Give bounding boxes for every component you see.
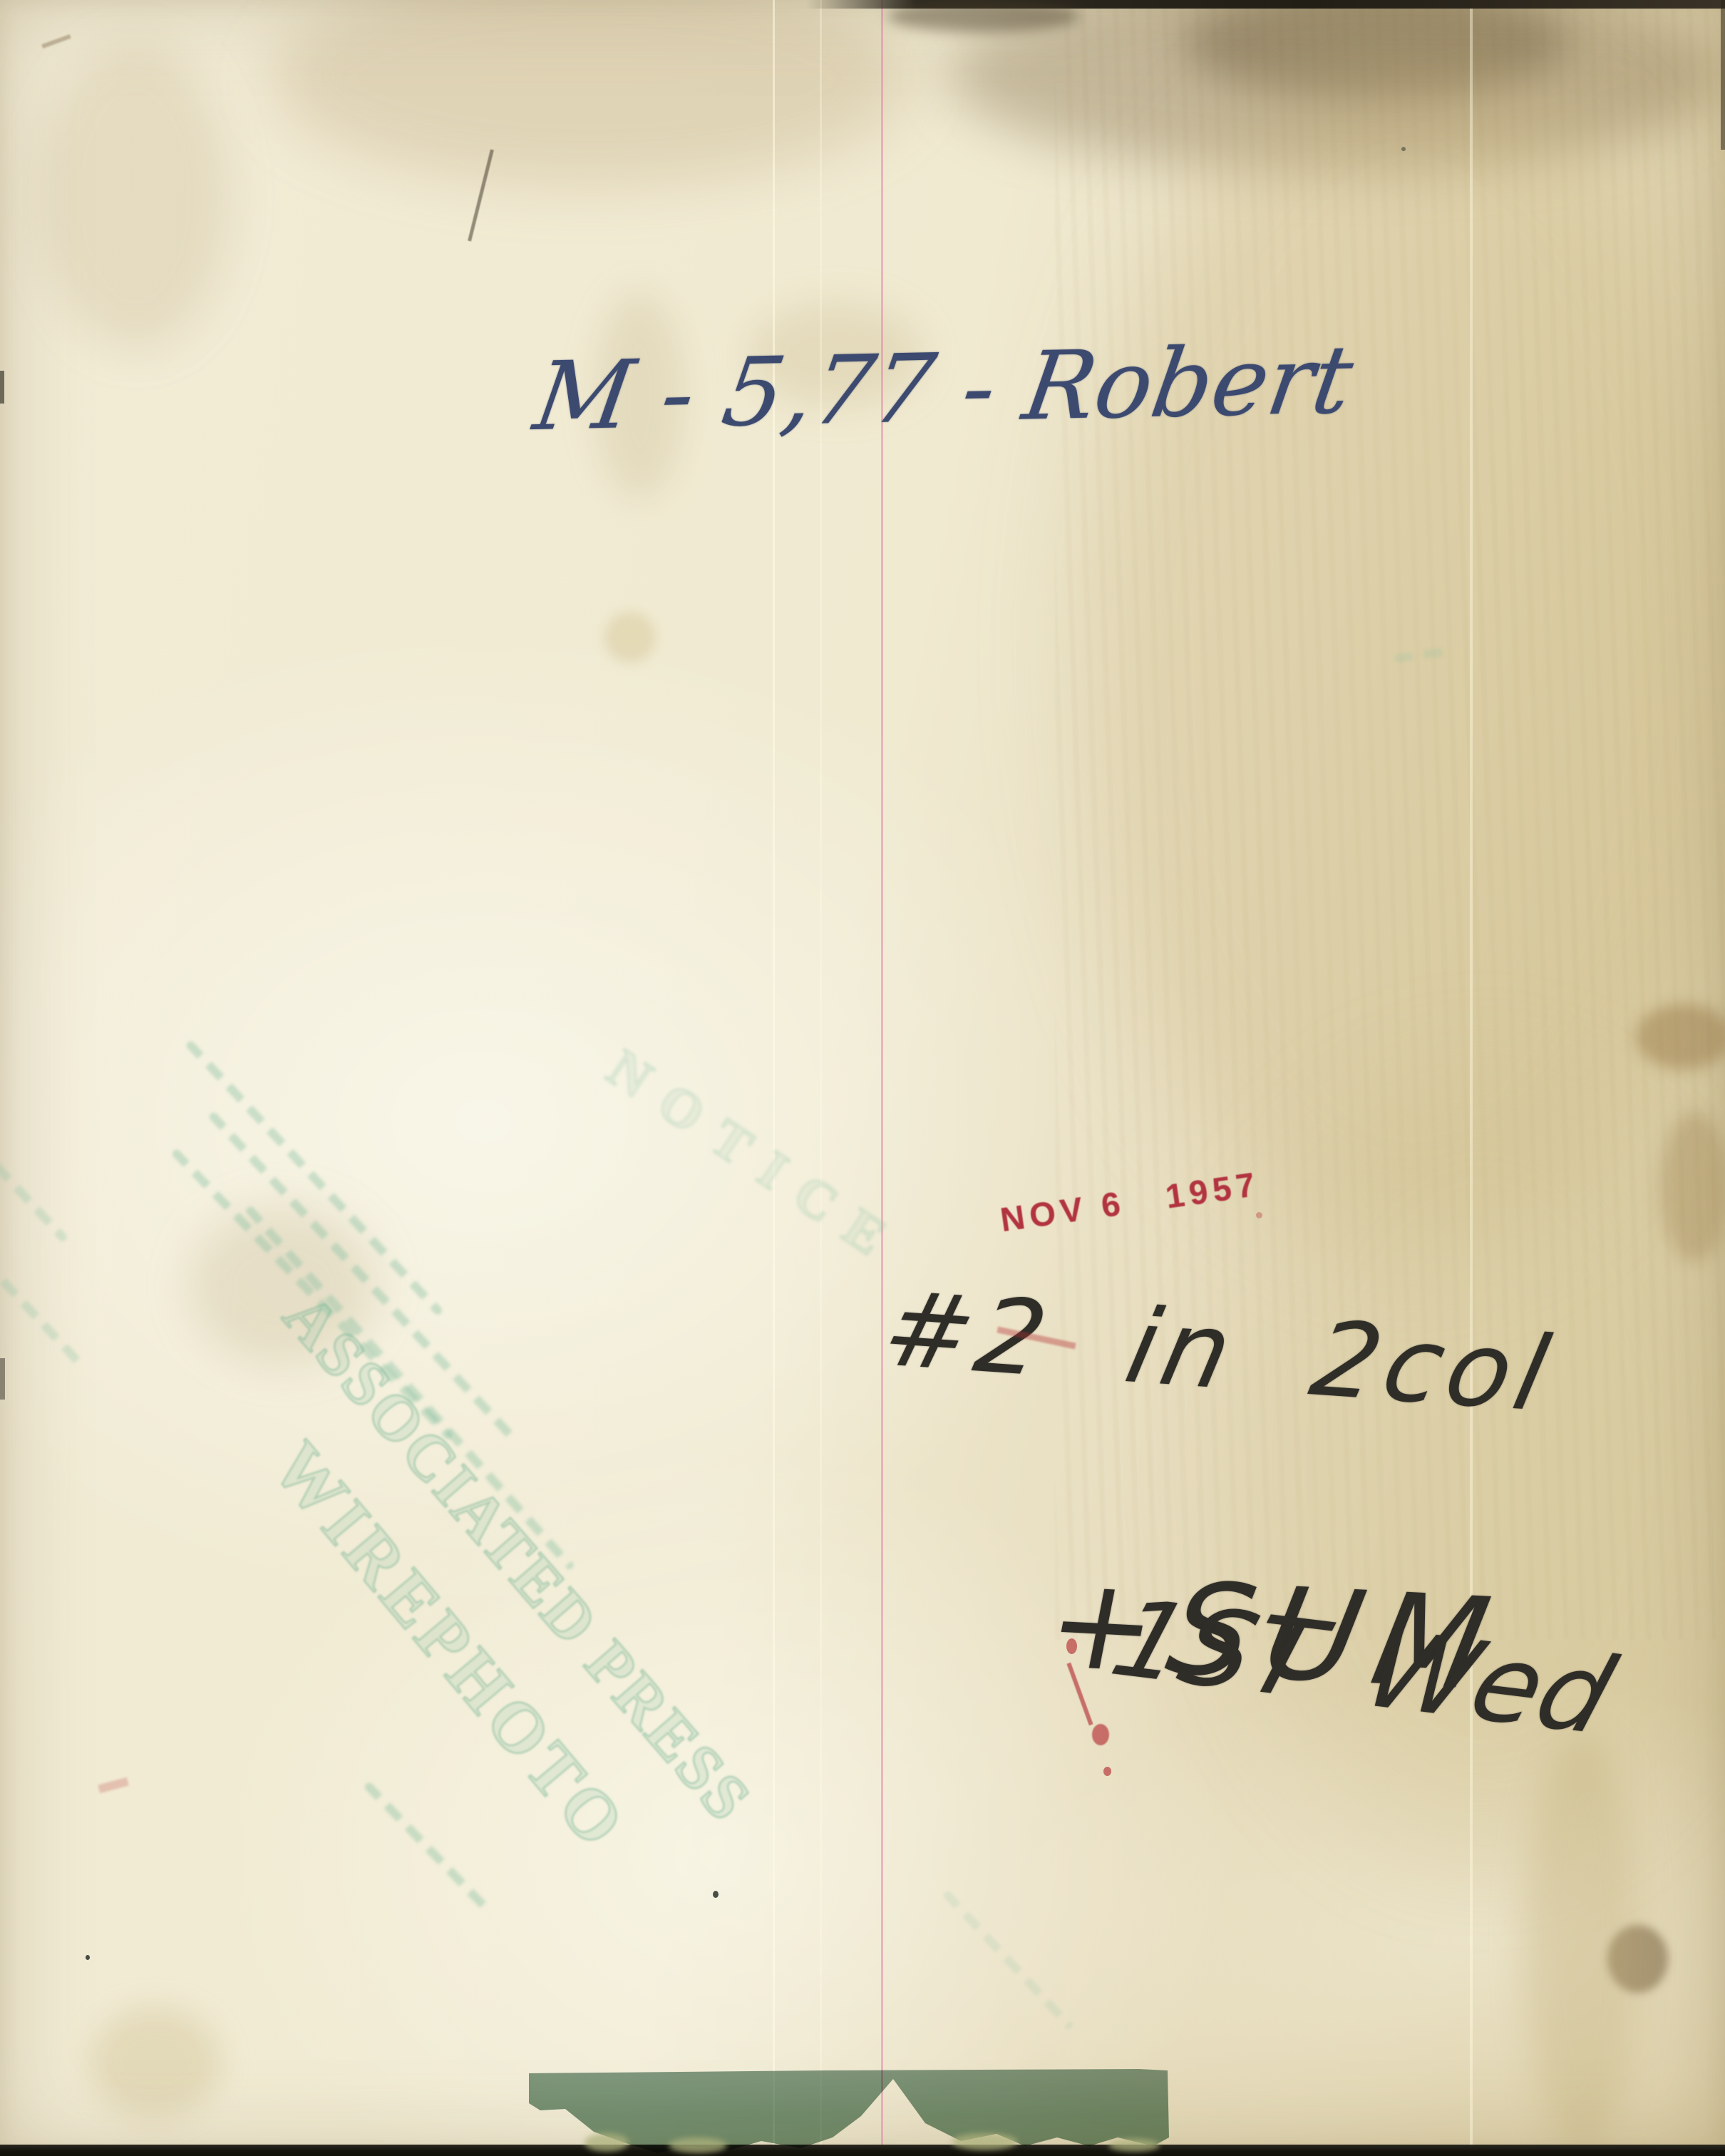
scanner-edge-top-smudge <box>887 0 1080 32</box>
red-ink-dot <box>1256 1212 1262 1218</box>
ink-speck-1 <box>713 1891 719 1898</box>
reference-line-pink <box>881 0 883 2156</box>
red-ink-drip-3 <box>1092 1724 1109 1745</box>
ink-speck-3 <box>1401 147 1406 151</box>
scanner-edge-left-mark-1 <box>0 371 4 404</box>
teal-patch-fringe-4 <box>1108 2139 1160 2152</box>
red-ink-drip-1 <box>1066 1638 1077 1654</box>
scanner-edge-bottom <box>0 2145 1725 2156</box>
edge-vignette <box>0 0 1725 2156</box>
fold-line-pale-2 <box>820 0 822 2156</box>
fold-line-pale-3 <box>1470 0 1473 2156</box>
scanner-edge-right-mark <box>1721 0 1725 150</box>
teal-patch-fringe-3 <box>952 2133 1017 2150</box>
blue-ink-notation: M - 5,77 - Robert <box>527 325 1359 452</box>
ink-speck-2 <box>86 1955 90 1960</box>
scanner-edge-left-mark-2 <box>0 1358 5 1400</box>
teal-patch-fringe-1 <box>585 2133 629 2152</box>
photo-verso-scan: { "notations": { "blue_ink": "M - 5,77 -… <box>0 0 1725 2156</box>
teal-patch-fringe-2 <box>669 2137 727 2153</box>
fold-line-pale-1 <box>773 0 775 2156</box>
red-ink-drip-4 <box>1103 1767 1111 1776</box>
